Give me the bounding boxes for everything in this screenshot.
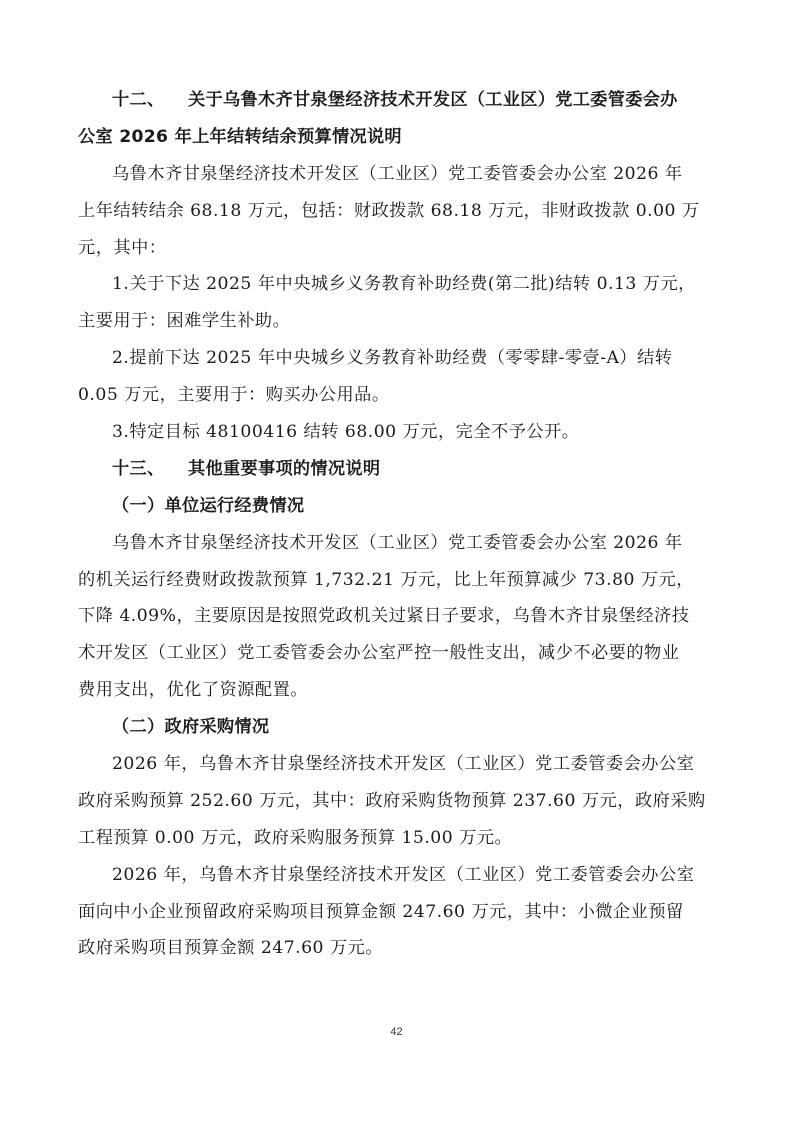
paragraph-line: 费用支出，优化了资源配置。 bbox=[78, 672, 708, 709]
paragraph-line: 2026 年，乌鲁木齐甘泉堡经济技术开发区（工业区）党工委管委会办公室 bbox=[78, 857, 708, 894]
section-12-heading: 十二、关于乌鲁木齐甘泉堡经济技术开发区（工业区）党工委管委会办 bbox=[78, 82, 708, 119]
section-number: 十二、 bbox=[112, 82, 188, 119]
paragraph-line: 政府采购预算 252.60 万元，其中：政府采购货物预算 237.60 万元，政… bbox=[78, 783, 708, 820]
page-number: 42 bbox=[0, 1026, 793, 1038]
paragraph-line: 上年结转结余 68.18 万元，包括：财政拨款 68.18 万元，非财政拨款 0… bbox=[78, 193, 708, 230]
paragraph-line: 元，其中： bbox=[78, 230, 708, 267]
section-13-heading: 十三、其他重要事项的情况说明 bbox=[78, 451, 708, 488]
paragraph-line: 工程预算 0.00 万元，政府采购服务预算 15.00 万元。 bbox=[78, 820, 708, 857]
paragraph-line: 乌鲁木齐甘泉堡经济技术开发区（工业区）党工委管委会办公室 2026 年 bbox=[78, 525, 708, 562]
subsection-2-heading: （二）政府采购情况 bbox=[78, 709, 708, 746]
paragraph-line: 政府采购项目预算金额 247.60 万元。 bbox=[78, 930, 708, 967]
paragraph-line: 2026 年，乌鲁木齐甘泉堡经济技术开发区（工业区）党工委管委会办公室 bbox=[78, 746, 708, 783]
paragraph-line: 术开发区（工业区）党工委管委会办公室严控一般性支出，减少不必要的物业 bbox=[78, 635, 708, 672]
section-12-heading-cont: 公室 2026 年上年结转结余预算情况说明 bbox=[78, 119, 708, 156]
section-number: 十三、 bbox=[112, 451, 188, 488]
list-item-3: 3.特定目标 48100416 结转 68.00 万元，完全不予公开。 bbox=[78, 414, 708, 451]
subsection-1-heading: （一）单位运行经费情况 bbox=[78, 488, 708, 525]
paragraph-line: 的机关运行经费财政拨款预算 1,732.21 万元，比上年预算减少 73.80 … bbox=[78, 562, 708, 599]
list-item-2-cont: 0.05 万元，主要用于：购买办公用品。 bbox=[78, 377, 708, 414]
list-item-1: 1.关于下达 2025 年中央城乡义务教育补助经费(第二批)结转 0.13 万元… bbox=[78, 266, 708, 303]
paragraph-line: 乌鲁木齐甘泉堡经济技术开发区（工业区）党工委管委会办公室 2026 年 bbox=[78, 156, 708, 193]
paragraph-line: 下降 4.09%，主要原因是按照党政机关过紧日子要求，乌鲁木齐甘泉堡经济技 bbox=[78, 598, 708, 635]
paragraph-line: 面向中小企业预留政府采购项目预算金额 247.60 万元，其中：小微企业预留 bbox=[78, 894, 708, 931]
list-item-1-cont: 主要用于：困难学生补助。 bbox=[78, 303, 708, 340]
list-item-2: 2.提前下达 2025 年中央城乡义务教育补助经费（零零肆-零壹-A）结转 bbox=[78, 340, 708, 377]
document-page: 十二、关于乌鲁木齐甘泉堡经济技术开发区（工业区）党工委管委会办 公室 2026 … bbox=[78, 82, 708, 967]
